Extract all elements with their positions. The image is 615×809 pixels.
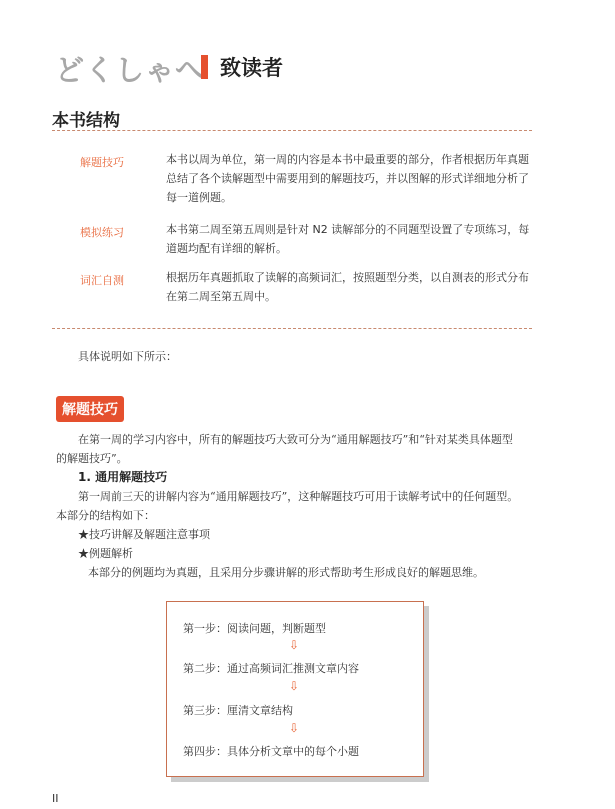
down-arrow-icon: ⇩ [289, 638, 299, 652]
para-1: 第一周前三天的讲解内容为“通用解题技巧”，这种解题技巧可用于读解考试中的任何题型… [78, 488, 518, 504]
label-techniques: 解题技巧 [80, 154, 124, 170]
step-4: 第四步：具体分析文章中的每个小题 [183, 743, 359, 759]
intro-line-1: 在第一周的学习内容中，所有的解题技巧大致可分为“通用解题技巧”和“针对某类具体题… [78, 431, 513, 447]
down-arrow-icon: ⇩ [289, 679, 299, 693]
page-number: II [52, 792, 59, 805]
desc-practice: 本书第二周至第五周则是针对 N2 读解部分的不同题型设置了专项练习，每 道题均配… [166, 220, 536, 258]
desc-techniques: 本书以周为单位，第一周的内容是本书中最重要的部分，作者根据历年真题 总结了各个读… [166, 150, 536, 207]
bullet-1: ★技巧讲解及解题注意事项 [78, 526, 210, 542]
para-2: 本部分的结构如下： [56, 507, 155, 523]
label-vocab: 词汇自测 [80, 272, 124, 288]
section-heading: 本书结构 [52, 106, 120, 131]
label-practice: 模拟练习 [80, 224, 124, 240]
divider-bottom [52, 328, 532, 329]
para-3: 本部分的例题均为真题，且采用分步骤讲解的形式帮助考生形成良好的解题思维。 [88, 564, 484, 580]
note-text: 具体说明如下所示： [78, 348, 177, 364]
intro-line-2: 的解题技巧”。 [56, 450, 128, 466]
section-tag: 解题技巧 [56, 396, 124, 422]
down-arrow-icon: ⇩ [289, 721, 299, 735]
divider-top [52, 130, 532, 131]
page-title: 致读者 [220, 52, 283, 82]
desc-vocab: 根据历年真题抓取了读解的高频词汇，按照题型分类，以自测表的形式分布 在第二周至第… [166, 268, 536, 306]
step-3: 第三步：厘清文章结构 [183, 702, 293, 718]
step-1: 第一步：阅读问题，判断题型 [183, 620, 326, 636]
flow-box: 第一步：阅读问题，判断题型 ⇩ 第二步：通过高频词汇推测文章内容 ⇩ 第三步：厘… [166, 601, 424, 777]
bullet-2: ★例题解析 [78, 545, 133, 561]
sub-heading: 1. 通用解题技巧 [78, 468, 167, 485]
accent-bar [201, 55, 208, 79]
step-2: 第二步：通过高频词汇推测文章内容 [183, 660, 359, 676]
kana-title: どくしゃへ [55, 48, 205, 89]
